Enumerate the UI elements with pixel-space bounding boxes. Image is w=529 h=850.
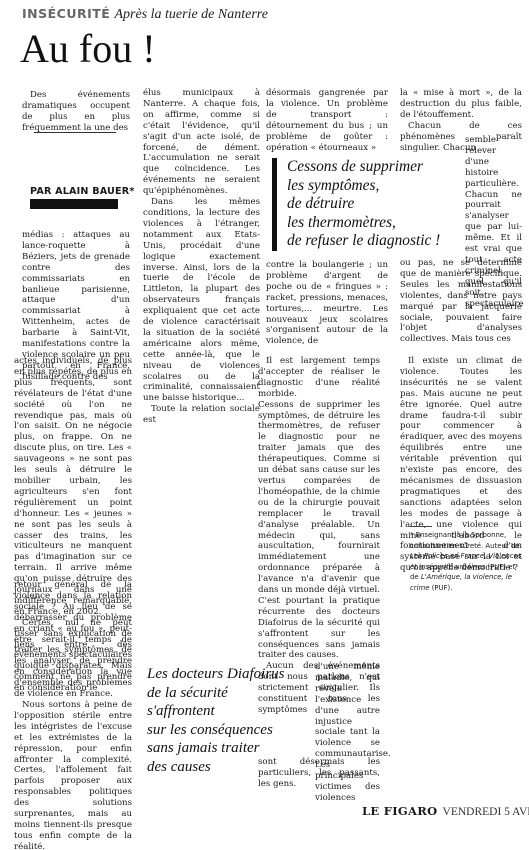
divider-rule	[34, 132, 116, 133]
publication-name: LE FIGARO	[362, 804, 437, 818]
pull-quote-line: des causes	[147, 758, 297, 777]
article-column-1-bottom-b: retour général de la violence dans la re…	[14, 580, 132, 850]
pull-quote-line: les thermomètres,	[287, 214, 477, 233]
headline: Au fou !	[20, 26, 156, 72]
footnote-text: (PUF).	[430, 584, 453, 592]
article-column-1-intro: Des événements dramatiques occupent de p…	[22, 90, 130, 134]
paragraph: ou pas, ne se détermine que de manière s…	[400, 258, 522, 345]
pull-quote-line: sur les conséquences	[147, 721, 297, 740]
paragraph: Dans les mêmes conditions, la lecture de…	[143, 197, 260, 404]
author-footnote: * Enseignant à la Sorbonne, consultant e…	[410, 530, 525, 593]
pull-quote-line: les symptômes,	[287, 177, 477, 196]
paragraph: contre la boulangerie ; un problème d'ar…	[266, 260, 388, 347]
paragraph: élus municipaux à Nanterre. A chaque foi…	[143, 88, 260, 197]
paragraph: retour général de la violence dans la re…	[14, 580, 132, 700]
byline-bar	[30, 199, 118, 209]
paragraph: Cessons de supprimer les symptômes, de d…	[258, 400, 380, 662]
pull-quote-line: sans jamais traiter	[147, 739, 297, 758]
pull-quote-line: de refuser le diagnostic !	[287, 232, 477, 251]
paragraph: Nous sortons à peine de l'opposition sté…	[14, 700, 132, 850]
book-title: L'Amérique, la violence, le crime	[410, 573, 512, 592]
footnote-rule	[410, 526, 432, 527]
pull-quote-line: Cessons de supprimer	[287, 158, 477, 177]
paragraph: actes individuels, de plus en plus répét…	[14, 356, 132, 618]
article-column-4-mid: ou pas, ne se détermine que de manière s…	[400, 258, 522, 345]
paragraph: désormais gangrenée par la violence. Un …	[266, 88, 388, 153]
footnote-text: * Enseignant à la Sorbonne, consultant e…	[410, 531, 519, 550]
kicker-subtitle: Après la tuerie de Nanterre	[114, 7, 267, 22]
publication-date: VENDREDI 5 AVRIL 2002	[443, 806, 529, 818]
paragraph: Toute la relation sociale est	[143, 404, 260, 426]
rubric-label: INSÉCURITÉ	[22, 6, 110, 21]
paragraph: Des événements dramatiques occupent de p…	[22, 90, 130, 134]
byline: PAR ALAIN BAUER*	[30, 186, 135, 197]
pull-quote-line: de la sécurité s'affrontent	[147, 684, 297, 721]
section-kicker: INSÉCURITÉ Après la tuerie de Nanterre	[22, 6, 268, 23]
pull-quote-line: de détruire	[287, 195, 477, 214]
pull-quote-2: Les docteurs Diafoirus de la sécurité s'…	[147, 665, 297, 776]
paragraph: Il est largement temps d'accepter de réa…	[258, 356, 380, 400]
pull-quote-line: Les docteurs Diafoirus	[147, 665, 297, 684]
pull-quote-1: Cessons de supprimer les symptômes, de d…	[272, 158, 477, 251]
paragraph: la « mise à mort », de la destruction du…	[400, 88, 522, 121]
article-column-3-top: désormais gangrenée par la violence. Un …	[266, 88, 388, 153]
article-column-3-mid: contre la boulangerie ; un problème d'ar…	[266, 260, 388, 347]
page-footer: LE FIGARO VENDREDI 5 AVRIL 2002	[362, 800, 529, 819]
article-column-2: élus municipaux à Nanterre. A chaque foi…	[143, 88, 260, 426]
